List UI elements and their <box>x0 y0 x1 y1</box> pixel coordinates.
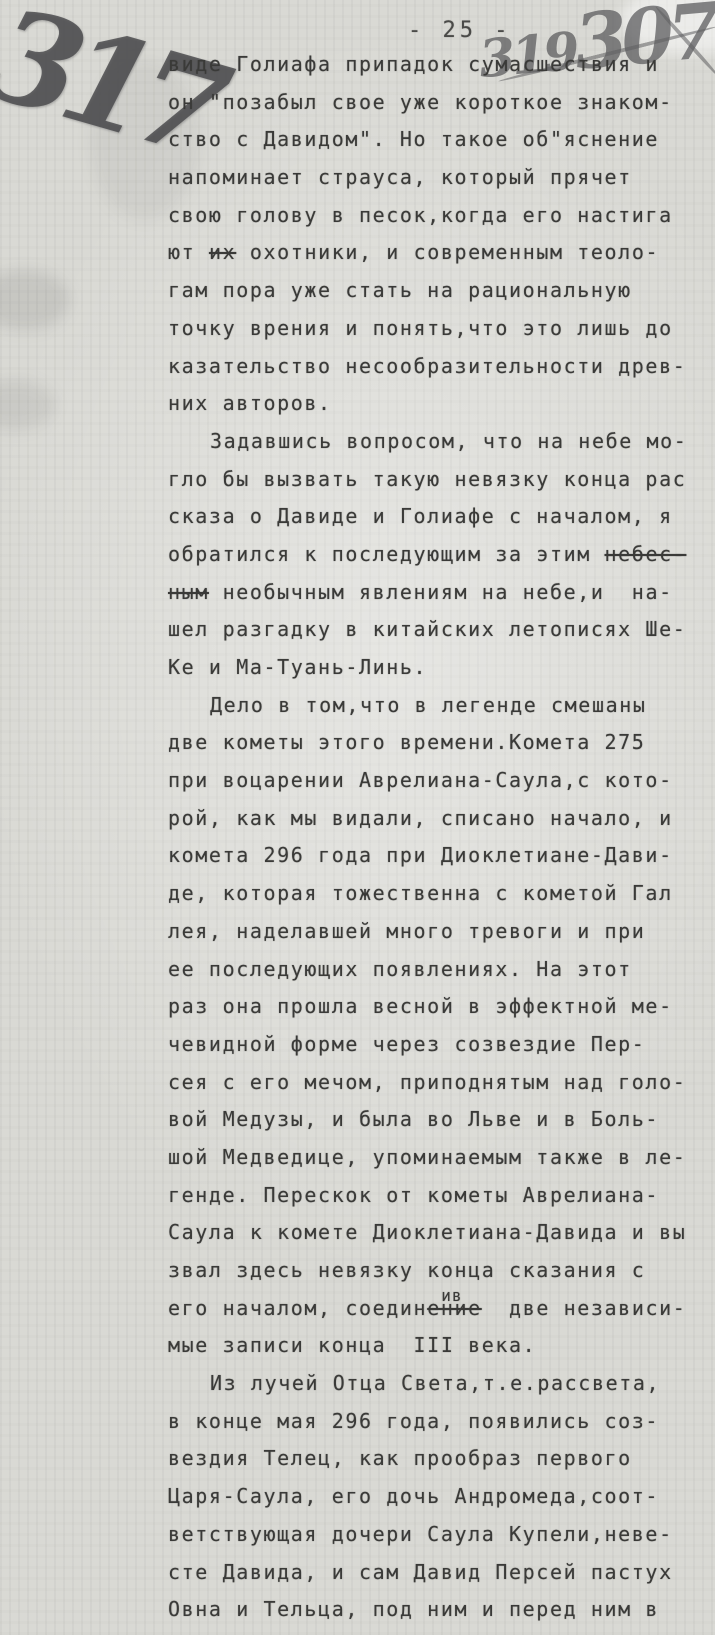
typed-text: звал здесь невязку конца сказания с <box>168 1258 645 1282</box>
typed-text: комета 296 года при Диоклетиане-Дави- <box>168 843 673 867</box>
typed-text: вездия Телец, как прообраз первого <box>168 1446 632 1470</box>
typed-text: свою голову в песок,когда его настига <box>168 203 673 227</box>
typewritten-text-column: виде Голиафа припадок сумасшествия ион "… <box>168 46 708 1629</box>
text-line: обратился к последующим за этим небес- <box>168 536 708 574</box>
typed-text: чевидной форме через созвездие Пер- <box>168 1032 645 1056</box>
typed-text: его началом, соедин <box>168 1296 427 1320</box>
typed-text: напоминает страуса, который прячет <box>168 165 632 189</box>
typed-text: Саула к комете Диоклетиана-Давида и вы <box>168 1220 686 1244</box>
typed-text: казательство несообразительности древ- <box>168 354 686 378</box>
text-line: чевидной форме через созвездие Пер- <box>168 1026 708 1064</box>
text-line: рой, как мы видали, списано начало, и <box>168 800 708 838</box>
text-line: Из лучей Отца Света,т.е.рассвета, <box>168 1365 708 1403</box>
typed-text: шел разгадку в китайских летописях Ше- <box>168 617 686 641</box>
text-line: ветствующая дочери Саула Купели,неве- <box>168 1516 708 1554</box>
typed-text: охотники, и современным теоло- <box>236 240 659 264</box>
typed-text: рой, как мы видали, списано начало, и <box>168 806 673 830</box>
typed-text: вой Медузы, и была во Льве и в Боль- <box>168 1107 659 1131</box>
text-line: точку врения и понять,что это лишь до <box>168 310 708 348</box>
text-line: генде. Перескок от кометы Аврелиана- <box>168 1177 708 1215</box>
typed-text: точку врения и понять,что это лишь до <box>168 316 673 340</box>
typed-text: Царя-Саула, его дочь Андромеда,соот- <box>168 1484 659 1508</box>
struck-text: небес- <box>605 542 687 566</box>
text-line: Дело в том,что в легенде смешаны <box>168 687 708 725</box>
typed-text: необычным явлениям на небе,и на- <box>209 580 673 604</box>
text-line: лея, наделавшей много тревоги и при <box>168 913 708 951</box>
typed-text: них авторов. <box>168 391 332 415</box>
text-line: гло бы вызвать такую невязку конца рас <box>168 461 708 499</box>
text-line: его началом, соединивение две независи- <box>168 1290 708 1328</box>
typed-text: сте Давида, и сам Давид Персей пастух <box>168 1560 673 1584</box>
corrected-word: ивение <box>427 1296 482 1320</box>
text-line: де, которая тожественна с кометой Гал <box>168 875 708 913</box>
typed-text: Задавшись вопросом, что на небе мо- <box>210 429 687 453</box>
text-line: сея с его мечом, приподнятым над голо- <box>168 1064 708 1102</box>
typed-text: в конце мая 296 года, появились соз- <box>168 1409 659 1433</box>
text-line: свою голову в песок,когда его настига <box>168 197 708 235</box>
typed-text: Дело в том,что в легенде смешаны <box>210 693 647 717</box>
typed-text: шой Медведице, упоминаемым также в ле- <box>168 1145 686 1169</box>
typed-text: обратился к последующим за этим <box>168 542 605 566</box>
text-line: вой Медузы, и была во Льве и в Боль- <box>168 1101 708 1139</box>
text-line: Ке и Ма-Туань-Линь. <box>168 649 708 687</box>
text-line: он "позабыл свое уже короткое знаком- <box>168 84 708 122</box>
struck-text: ным <box>168 580 209 604</box>
typed-text: лея, наделавшей много тревоги и при <box>168 919 645 943</box>
text-line: ным необычным явлениям на небе,и на- <box>168 574 708 612</box>
typed-text: Овна и Тельца, под ним и перед ним в <box>168 1597 659 1621</box>
typed-text: сея с его мечом, приподнятым над голо- <box>168 1070 686 1094</box>
text-line: них авторов. <box>168 385 708 423</box>
text-line: раз она прошла весной в эффектной ме- <box>168 988 708 1026</box>
text-line: ство с Давидом". Но такое об"яснение <box>168 121 708 159</box>
text-line: Задавшись вопросом, что на небе мо- <box>168 423 708 461</box>
struck-text: их <box>209 240 236 264</box>
text-line: вездия Телец, как прообраз первого <box>168 1440 708 1478</box>
typed-text: сказа о Давиде и Голиафе с началом, я <box>168 504 673 528</box>
typed-text: при воцарении Аврелиана-Саула,с кото- <box>168 768 673 792</box>
typed-superscript-correction: ив <box>441 1277 462 1315</box>
typed-text: он "позабыл свое уже короткое знаком- <box>168 90 673 114</box>
text-line: виде Голиафа припадок сумасшествия и <box>168 46 708 84</box>
text-line: Саула к комете Диоклетиана-Давида и вы <box>168 1214 708 1252</box>
text-line: ют их охотники, и современным теоло- <box>168 234 708 272</box>
text-line: Овна и Тельца, под ним и перед ним в <box>168 1591 708 1629</box>
typed-text: гло бы вызвать такую невязку конца рас <box>168 467 686 491</box>
scanned-page: 317 - 25 - 319307 виде Голиафа припадок … <box>0 0 715 1635</box>
scan-smudge <box>0 380 55 430</box>
typed-text: мые записи конца III века. <box>168 1333 536 1357</box>
text-line: при воцарении Аврелиана-Саула,с кото- <box>168 762 708 800</box>
typed-text: две независи- <box>482 1296 687 1320</box>
typed-text: ют <box>168 240 209 264</box>
text-line: гам пора уже стать на рациональную <box>168 272 708 310</box>
typed-text: две кометы этого времени.Комета 275 <box>168 730 645 754</box>
typed-text: де, которая тожественна с кометой Гал <box>168 881 673 905</box>
typed-text: ее последующих появлениях. На этот <box>168 957 632 981</box>
text-line: шой Медведице, упоминаемым также в ле- <box>168 1139 708 1177</box>
text-line: Царя-Саула, его дочь Андромеда,соот- <box>168 1478 708 1516</box>
typed-text: генде. Перескок от кометы Аврелиана- <box>168 1183 659 1207</box>
text-line: напоминает страуса, который прячет <box>168 159 708 197</box>
text-line: ее последующих появлениях. На этот <box>168 951 708 989</box>
typed-text: Из лучей Отца Света,т.е.рассвета, <box>210 1371 660 1395</box>
text-line: мые записи конца III века. <box>168 1327 708 1365</box>
text-line: в конце мая 296 года, появились соз- <box>168 1403 708 1441</box>
typed-text: раз она прошла весной в эффектной ме- <box>168 994 673 1018</box>
text-line: звал здесь невязку конца сказания с <box>168 1252 708 1290</box>
typed-text: Ке и Ма-Туань-Линь. <box>168 655 427 679</box>
text-line: сказа о Давиде и Голиафе с началом, я <box>168 498 708 536</box>
text-line: сте Давида, и сам Давид Персей пастух <box>168 1554 708 1592</box>
scan-smudge <box>0 270 70 330</box>
text-line: комета 296 года при Диоклетиане-Дави- <box>168 837 708 875</box>
text-line: казательство несообразительности древ- <box>168 348 708 386</box>
typed-text: виде Голиафа припадок сумасшествия и <box>168 52 659 76</box>
text-line: шел разгадку в китайских летописях Ше- <box>168 611 708 649</box>
typed-text: гам пора уже стать на рациональную <box>168 278 632 302</box>
typed-text: ветствующая дочери Саула Купели,неве- <box>168 1522 673 1546</box>
text-line: две кометы этого времени.Комета 275 <box>168 724 708 762</box>
typed-text: ство с Давидом". Но такое об"яснение <box>168 127 659 151</box>
